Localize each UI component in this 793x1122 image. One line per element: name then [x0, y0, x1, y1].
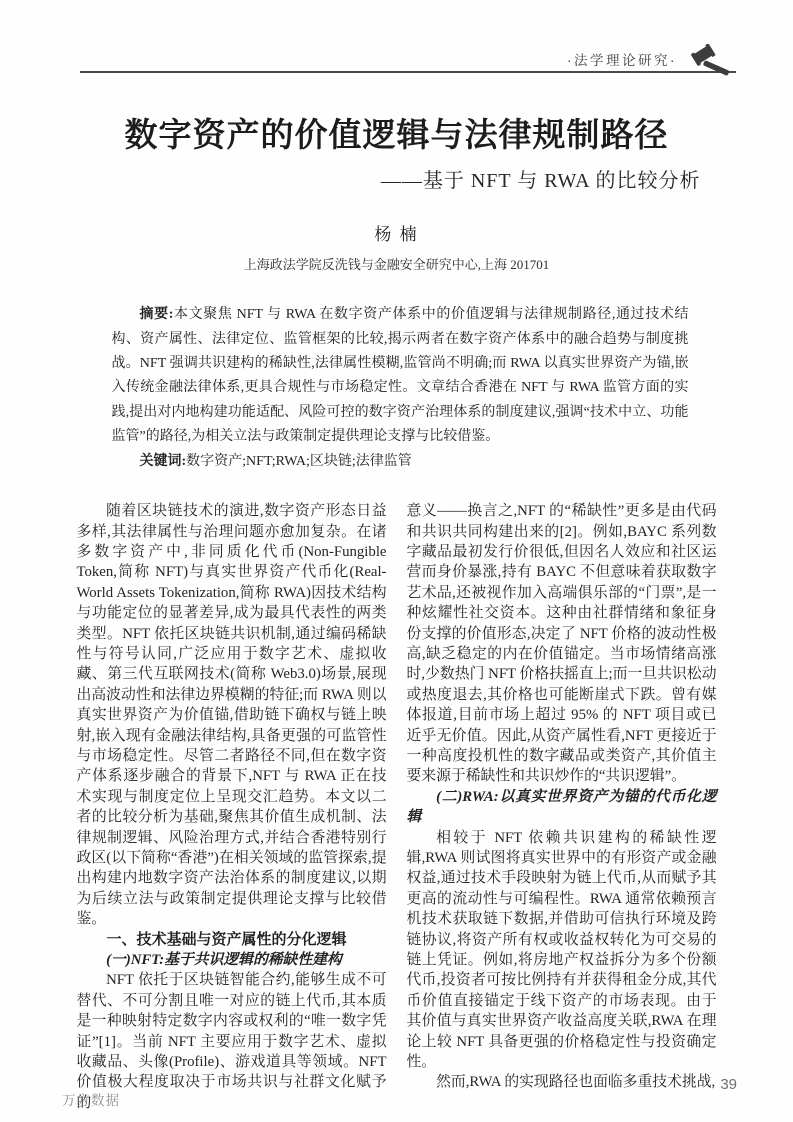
keywords-label: 关键词: — [140, 454, 187, 469]
page-number: 39 — [720, 1076, 737, 1093]
body-paragraph: 随着区块链技术的演进,数字资产形态日益多样,其法律属性与治理问题亦愈加复杂。在诸… — [77, 501, 387, 930]
subsection-heading: (二)RWA:以真实世界资产为锚的代币化逻辑 — [407, 787, 717, 828]
keywords-line: 关键词:数字资产;NFT;RWA;区块链;法律监管 — [112, 450, 689, 474]
keywords-text: 数字资产;NFT;RWA;区块链;法律监管 — [186, 454, 412, 469]
body-columns: 随着区块链技术的演进,数字资产形态日益多样,其法律属性与治理问题亦愈加复杂。在诸… — [77, 501, 717, 1113]
article-content: 数字资产的价值逻辑与法律规制路径 ——基于 NFT 与 RWA 的比较分析 杨 … — [77, 0, 717, 1113]
section-label: ·法学理论研究· — [567, 49, 677, 69]
article-title: 数字资产的价值逻辑与法律规制路径 — [77, 116, 717, 157]
author-affiliation: 上海政法学院反洗钱与金融安全研究中心,上海 201701 — [77, 254, 717, 273]
header-rule — [80, 71, 736, 73]
wanfang-watermark: 万方数据 — [62, 1089, 120, 1109]
body-paragraph: NFT 依托于区块链智能合约,能够生成不可替代、不可分割且唯一对应的链上代币,其… — [77, 970, 387, 1113]
body-right-column: 意义——换言之,NFT 的“稀缺性”更多是由代码和共识共同构建出来的[2]。例如… — [407, 501, 717, 1113]
journal-page: ·法学理论研究· 数字资产的价值逻辑与法律规制路径 ——基于 NFT 与 RWA… — [0, 0, 793, 1122]
author-name: 杨 楠 — [77, 220, 717, 245]
subsection-heading: (一)NFT:基于共识逻辑的稀缺性建构 — [77, 950, 387, 970]
abstract-text: 本文聚焦 NFT 与 RWA 在数字资产体系中的价值逻辑与法律规制路径,通过技术… — [112, 307, 689, 444]
body-paragraph: 意义——换言之,NFT 的“稀缺性”更多是由代码和共识共同构建出来的[2]。例如… — [407, 501, 717, 787]
gavel-icon — [689, 44, 737, 84]
section-heading: 一、技术基础与资产属性的分化逻辑 — [77, 930, 387, 950]
abstract-block: 摘要:本文聚焦 NFT 与 RWA 在数字资产体系中的价值逻辑与法律规制路径,通… — [112, 303, 689, 474]
abstract-paragraph: 摘要:本文聚焦 NFT 与 RWA 在数字资产体系中的价值逻辑与法律规制路径,通… — [112, 303, 689, 449]
body-left-column: 随着区块链技术的演进,数字资产形态日益多样,其法律属性与治理问题亦愈加复杂。在诸… — [77, 501, 387, 1113]
abstract-label: 摘要: — [140, 307, 174, 322]
body-paragraph: 然而,RWA 的实现路径也面临多重技术挑战, — [407, 1072, 717, 1092]
body-paragraph: 相较于 NFT 依赖共识建构的稀缺性逻辑,RWA 则试图将真实世界中的有形资产或… — [407, 828, 717, 1073]
article-subtitle: ——基于 NFT 与 RWA 的比较分析 — [77, 164, 717, 193]
